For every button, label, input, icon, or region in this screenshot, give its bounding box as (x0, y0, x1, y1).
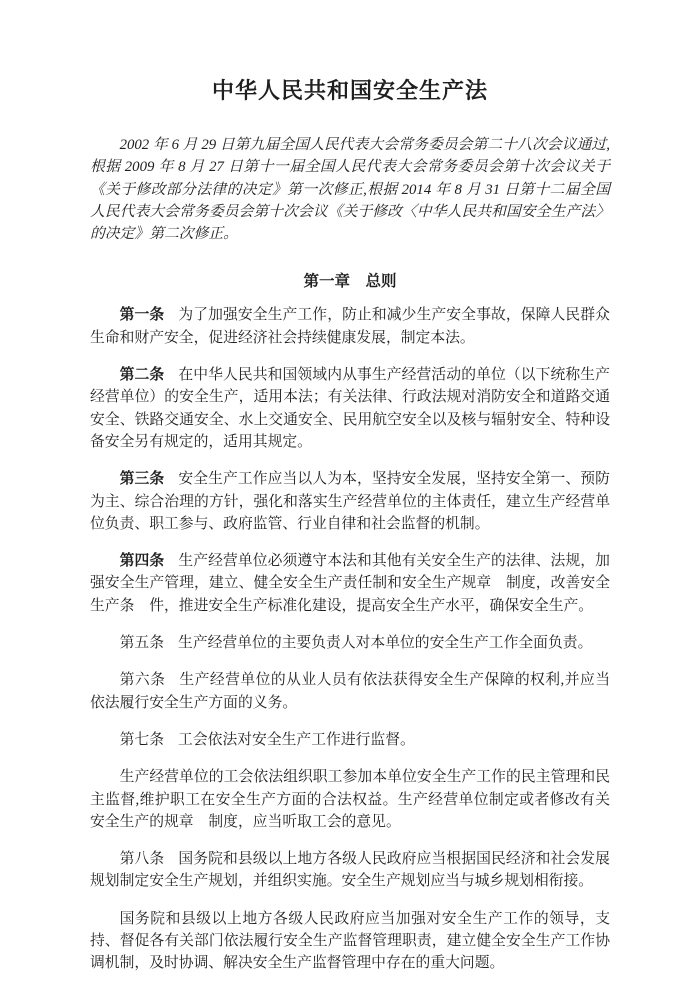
article-paragraph: 第八条国务院和县级以上地方各级人民政府应当根据国民经济和社会发展规划制定安全生产… (90, 848, 610, 893)
article-paragraph: 第六条生产经营单位的从业人员有依法获得安全生产保障的权利,并应当依法履行安全生产… (90, 669, 610, 714)
article-text: 安全生产工作应当以人为本，坚持安全发展，坚持安全第一、预防为主、综合治理的方针，… (90, 471, 610, 532)
preamble-paragraph: 2002 年 6 月 29 日第九届全国人民代表大会常务委员会第二十八次会议通过… (90, 134, 610, 245)
article-paragraph: 生产经营单位的工会依法组织职工参加本单位安全生产工作的民主管理和民主监督,维护职… (90, 766, 610, 833)
article-number: 第四条 (120, 553, 165, 569)
document-title: 中华人民共和国安全生产法 (90, 78, 610, 104)
article-text: 工会依法对安全生产工作进行监督。 (178, 732, 415, 748)
article-text: 生产经营单位的主要负责人对本单位的安全生产工作全面负责。 (178, 635, 592, 651)
article-number: 第七条 (120, 732, 164, 748)
article-paragraph: 第一条为了加强安全生产工作，防止和减少生产安全事故，保障人民群众生命和财产安全，… (90, 304, 610, 349)
article-text: 生产经营单位的工会依法组织职工参加本单位安全生产工作的民主管理和民主监督,维护职… (90, 769, 610, 830)
article-text: 生产经营单位的从业人员有依法获得安全生产保障的权利,并应当依法履行安全生产方面的… (90, 672, 610, 710)
article-text: 国务院和县级以上地方各级人民政府应当加强对安全生产工作的领导，支持、督促各有关部… (90, 911, 610, 972)
article-paragraph: 第五条生产经营单位的主要负责人对本单位的安全生产工作全面负责。 (90, 632, 610, 654)
article-paragraph: 第三条安全生产工作应当以人为本，坚持安全发展，坚持安全第一、预防为主、综合治理的… (90, 468, 610, 535)
article-text: 在中华人民共和国领域内从事生产经营活动的单位（以下统称生产经营单位）的安全生产，… (90, 367, 610, 450)
article-paragraph: 第七条工会依法对安全生产工作进行监督。 (90, 729, 610, 751)
article-paragraph: 第四条生产经营单位必须遵守本法和其他有关安全生产的法律、法规，加强安全生产管理，… (90, 550, 610, 617)
document-page: 中华人民共和国安全生产法 2002 年 6 月 29 日第九届全国人民代表大会常… (0, 0, 700, 990)
article-number: 第三条 (120, 471, 165, 487)
article-text: 为了加强安全生产工作，防止和减少生产安全事故，保障人民群众生命和财产安全，促进经… (90, 307, 610, 345)
article-number: 第二条 (120, 367, 165, 383)
article-number: 第六条 (120, 672, 166, 688)
chapter-heading: 第一章 总则 (90, 271, 610, 293)
article-paragraph: 国务院和县级以上地方各级人民政府应当加强对安全生产工作的领导，支持、督促各有关部… (90, 908, 610, 975)
article-text: 生产经营单位必须遵守本法和其他有关安全生产的法律、法规，加强安全生产管理，建立、… (90, 553, 610, 614)
article-number: 第五条 (120, 635, 164, 651)
article-paragraph: 第二条在中华人民共和国领域内从事生产经营活动的单位（以下统称生产经营单位）的安全… (90, 364, 610, 453)
article-number: 第八条 (120, 851, 165, 867)
article-text: 国务院和县级以上地方各级人民政府应当根据国民经济和社会发展规划制定安全生产规划，… (90, 851, 610, 889)
article-number: 第一条 (120, 307, 165, 323)
